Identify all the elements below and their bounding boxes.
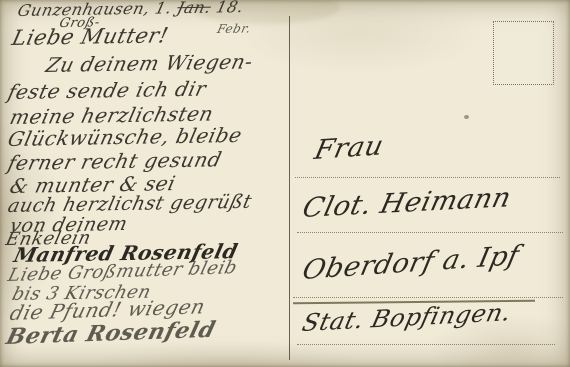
address-line-name: Clot. Heimann: [300, 184, 514, 222]
address-line-station: Stat. Bopfingen.: [300, 300, 514, 335]
dateline: Gunzenhausen, 1. Jan. 18.: [16, 0, 245, 19]
message-line: ferner recht gesund: [6, 149, 224, 173]
message-line: feste sende ich dir: [6, 79, 208, 102]
message-line: Glückwünsche, bleibe: [6, 125, 244, 149]
address-line-recipient-title: Frau: [312, 132, 386, 164]
address-rule-2: [297, 232, 563, 233]
stamp-box: [493, 21, 554, 85]
message-line: Zu deinem Wiegen-: [44, 51, 255, 75]
dateline-year: 18.: [214, 0, 245, 17]
divider-line: [289, 16, 290, 360]
dateline-month-correction: Febr.: [216, 22, 252, 35]
address-rule-4: [297, 344, 555, 345]
address-rule-3: [293, 297, 563, 298]
postscript-signature: Berta Rosenfeld: [4, 319, 218, 348]
paper-fox-spot: [464, 115, 469, 119]
message-line: auch herzlichst gegrüßt: [6, 193, 254, 216]
salutation: Liebe Mutter!: [10, 25, 170, 49]
postscript-line: Liebe Großmutter bleib: [6, 259, 239, 285]
postcard: Gunzenhausen, 1. Jan. 18. Febr. Groß- Li…: [0, 0, 570, 367]
address-line-place: Oberdorf a. Ipf: [300, 242, 522, 284]
dateline-month-struck: Jan.: [175, 0, 213, 17]
address-rule-1: [295, 177, 560, 178]
